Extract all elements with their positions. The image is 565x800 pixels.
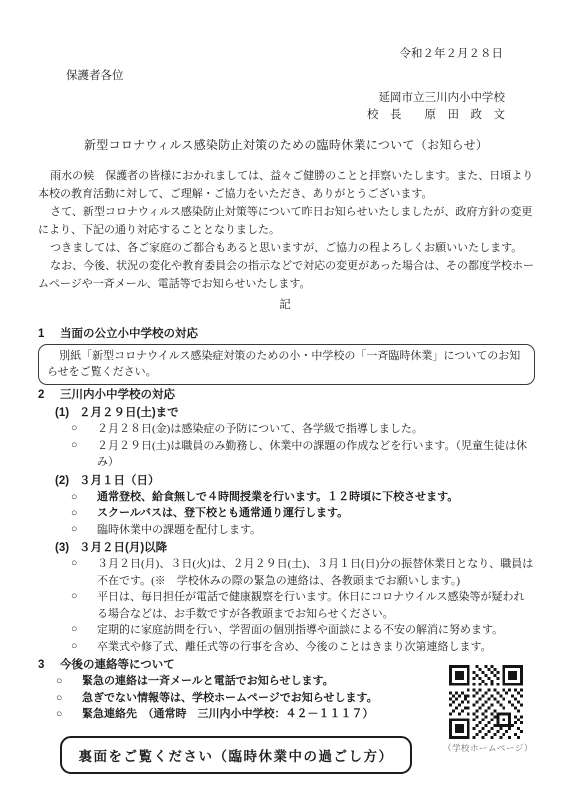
- section2-number: 2: [38, 387, 60, 403]
- list-item: ○ 卒業式や修了式、離任式等の行事を含め、今後のことはきまり次第連絡します。: [71, 639, 535, 656]
- document-date: 令和２年２月２８日: [38, 46, 535, 62]
- back-page-notice: 裏面をご覧ください（臨時休業中の過ごし方）: [60, 736, 412, 774]
- list-item: ○ ２月２９日(土)は職員のみ勤務し、休業中の課題の作成などを行います。（児童生…: [71, 438, 535, 471]
- list-item-text: 定期的に家庭訪問を行い、学習面の個別指導や面談による不安の解消に努めます。: [97, 622, 535, 639]
- list-item: ○ 平日は、毎日担任が電話で健康観察を行います。休日にコロナウイルス感染等が疑わ…: [71, 589, 535, 622]
- list-item: ○ ２月２８日(金)は感染症の予防について、各学級で指導しました。: [71, 421, 535, 438]
- circle-marker: ○: [56, 673, 82, 690]
- school-name: 延岡市立三川内小中学校: [38, 90, 505, 107]
- record-mark: 記: [38, 297, 535, 313]
- subsection-2-label: (2): [55, 473, 79, 489]
- circle-marker: ○: [71, 438, 97, 471]
- paragraph: さて、新型コロナウィルス感染防止対策等について昨日お知らせいたしましたが、政府方…: [38, 203, 535, 239]
- list-item: ○ スクールバスは、登下校とも通常通り運行します。: [71, 505, 535, 522]
- paragraph: なお、今後、状況の変化や教育委員会の指示などで対応の変更があった場合は、その都度…: [38, 257, 535, 293]
- circle-marker: ○: [71, 556, 97, 589]
- list-item-text: ３月２日(月)、３日(火)は、２月２９日(土)、３月１日(日)分の振替休業日とな…: [97, 556, 535, 589]
- section2-title: 三川内小中学校の対応: [60, 387, 175, 403]
- subsection-3-label: (3): [55, 540, 79, 556]
- subsection-1-heading: (1) ２月２９日(土)まで: [55, 405, 535, 421]
- list-item: ○ 定期的に家庭訪問を行い、学習面の個別指導や面談による不安の解消に努めます。: [71, 622, 535, 639]
- principal-name: 校 長 原 田 政 文: [38, 107, 505, 124]
- circle-marker: ○: [71, 489, 97, 506]
- subsection-1-label: (1): [55, 405, 79, 421]
- circle-marker: ○: [71, 589, 97, 622]
- circle-marker: ○: [56, 706, 82, 723]
- list-item-text: 臨時休業中の課題を配付します。: [97, 522, 535, 539]
- circle-marker: ○: [71, 522, 97, 539]
- bottom-block: 3 今後の連絡等について ○ 緊急の連絡は一斉メールと電話でお知らせします。 ○…: [38, 657, 535, 774]
- section1-number: 1: [38, 326, 60, 342]
- subsection-1: (1) ２月２９日(土)まで ○ ２月２８日(金)は感染症の予防について、各学級…: [55, 405, 535, 471]
- subsection-2-heading: (2) ３月１日（日）: [55, 473, 535, 489]
- subsection-3-title: ３月２日(月)以降: [79, 540, 167, 556]
- list-item-text: ２月２８日(金)は感染症の予防について、各学級で指導しました。: [97, 421, 535, 438]
- section2-heading: 2 三川内小中学校の対応: [38, 387, 535, 403]
- document-page: 令和２年２月２８日 保護者各位 延岡市立三川内小中学校 校 長 原 田 政 文 …: [0, 0, 565, 800]
- list-item: ○ ３月２日(月)、３日(火)は、２月２９日(土)、３月１日(日)分の振替休業日…: [71, 556, 535, 589]
- qr-caption: （学校ホームページ）: [443, 742, 529, 754]
- section1-title: 当面の公立小中学校の対応: [60, 326, 198, 342]
- section3-number: 3: [38, 657, 60, 673]
- subsection-3-heading: (3) ３月２日(月)以降: [55, 540, 535, 556]
- section3-title: 今後の連絡等について: [60, 657, 175, 673]
- circle-marker: ○: [56, 690, 82, 707]
- addressee: 保護者各位: [66, 68, 535, 84]
- sender-block: 延岡市立三川内小中学校 校 長 原 田 政 文: [38, 90, 535, 124]
- greeting-paragraphs: 雨水の候 保護者の皆様におかれましては、益々ご健勝のことと拝察いたします。また、…: [38, 167, 535, 293]
- subsection-2-title: ３月１日（日）: [79, 473, 160, 489]
- list-item-text: 卒業式や修了式、離任式等の行事を含め、今後のことはきまり次第連絡します。: [97, 639, 535, 656]
- paragraph: つきましては、各ご家庭のご都合もあると思いますが、ご協力の程よろしくお願いいたし…: [38, 239, 535, 257]
- list-item-text: スクールバスは、登下校とも通常通り運行します。: [97, 505, 535, 522]
- paragraph: 雨水の候 保護者の皆様におかれましては、益々ご健勝のことと拝察いたします。また、…: [38, 167, 535, 203]
- subsection-1-title: ２月２９日(土)まで: [79, 405, 179, 421]
- circle-marker: ○: [71, 421, 97, 438]
- subsection-3: (3) ３月２日(月)以降 ○ ３月２日(月)、３日(火)は、２月２９日(土)、…: [55, 540, 535, 655]
- list-item-text: ２月２９日(土)は職員のみ勤務し、休業中の課題の作成などを行います。（児童生徒は…: [97, 438, 535, 471]
- list-item-text: 平日は、毎日担任が電話で健康観察を行います。休日にコロナウイルス感染等が疑われる…: [97, 589, 535, 622]
- circle-marker: ○: [71, 622, 97, 639]
- circle-marker: ○: [71, 505, 97, 522]
- qr-block: （学校ホームページ）: [443, 665, 529, 754]
- subsection-2: (2) ３月１日（日） ○ 通常登校、給食無しで４時間授業を行います。１２時頃に…: [55, 473, 535, 539]
- attachment-note-box: 別紙「新型コロナウイルス感染症対策のための小・中学校の「一斉臨時休業」についての…: [38, 344, 535, 385]
- section1-heading: 1 当面の公立小中学校の対応: [38, 326, 535, 342]
- list-item: ○ 臨時休業中の課題を配付します。: [71, 522, 535, 539]
- list-item: ○ 通常登校、給食無しで４時間授業を行います。１２時頃に下校させます。: [71, 489, 535, 506]
- document-title: 新型コロナウィルス感染防止対策のための臨時休業について（お知らせ）: [84, 137, 535, 153]
- circle-marker: ○: [71, 639, 97, 656]
- list-item-text: 通常登校、給食無しで４時間授業を行います。１２時頃に下校させます。: [97, 489, 535, 506]
- qr-code-icon: [449, 665, 523, 739]
